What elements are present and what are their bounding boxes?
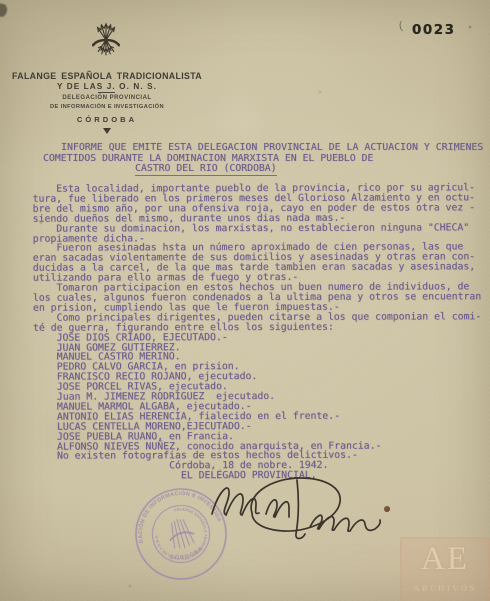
report-heading-line2: COMETIDOS DURANTE LA DOMINACION MARXISTA… <box>43 153 373 164</box>
corner-ink-smudge <box>0 3 8 18</box>
archive-watermark-caption: ARCHIVOS <box>402 583 488 593</box>
letterhead-city: CÓRDOBA <box>12 115 202 124</box>
scanned-document-page: FALANGE ESPAÑOLA TRADICIONALISTA Y DE LA… <box>0 0 490 601</box>
department-line2: DE INFORMACIÓN E INVESTIGACIÓN <box>12 104 202 110</box>
official-rubber-stamp: DELEGACIÓN DE INFORMACIÓN E INVESTIGACIÓ… <box>119 472 243 596</box>
org-name-line1: FALANGE ESPAÑOLA TRADICIONALISTA <box>12 71 202 81</box>
folio-paren-mark: ( <box>398 20 403 32</box>
letterhead-divider <box>98 92 115 93</box>
folio-number: 0023 <box>412 22 456 38</box>
org-name-line2: Y DE LAS J. O. N. S. <box>12 82 202 91</box>
stamp-yoke-and-arrows-icon <box>165 516 196 550</box>
department-line1: DELEGACIÓN PROVINCIAL <box>12 95 202 101</box>
letterhead-triangle-mark <box>103 128 111 134</box>
archive-watermark-letters: AE <box>402 539 488 579</box>
archive-watermark: AE ARCHIVOS <box>400 537 490 601</box>
report-heading-line1: INFORME QUE EMITE ESTA DELEGACION PROVIN… <box>61 142 483 153</box>
report-heading-town-underlined: CASTRO DEL RIO (CORDOBA) <box>135 163 277 176</box>
yoke-and-arrows-icon <box>90 22 122 58</box>
report-body-text: Esta localidad, importante pueblo de la … <box>33 183 482 482</box>
ink-blot <box>384 506 390 512</box>
